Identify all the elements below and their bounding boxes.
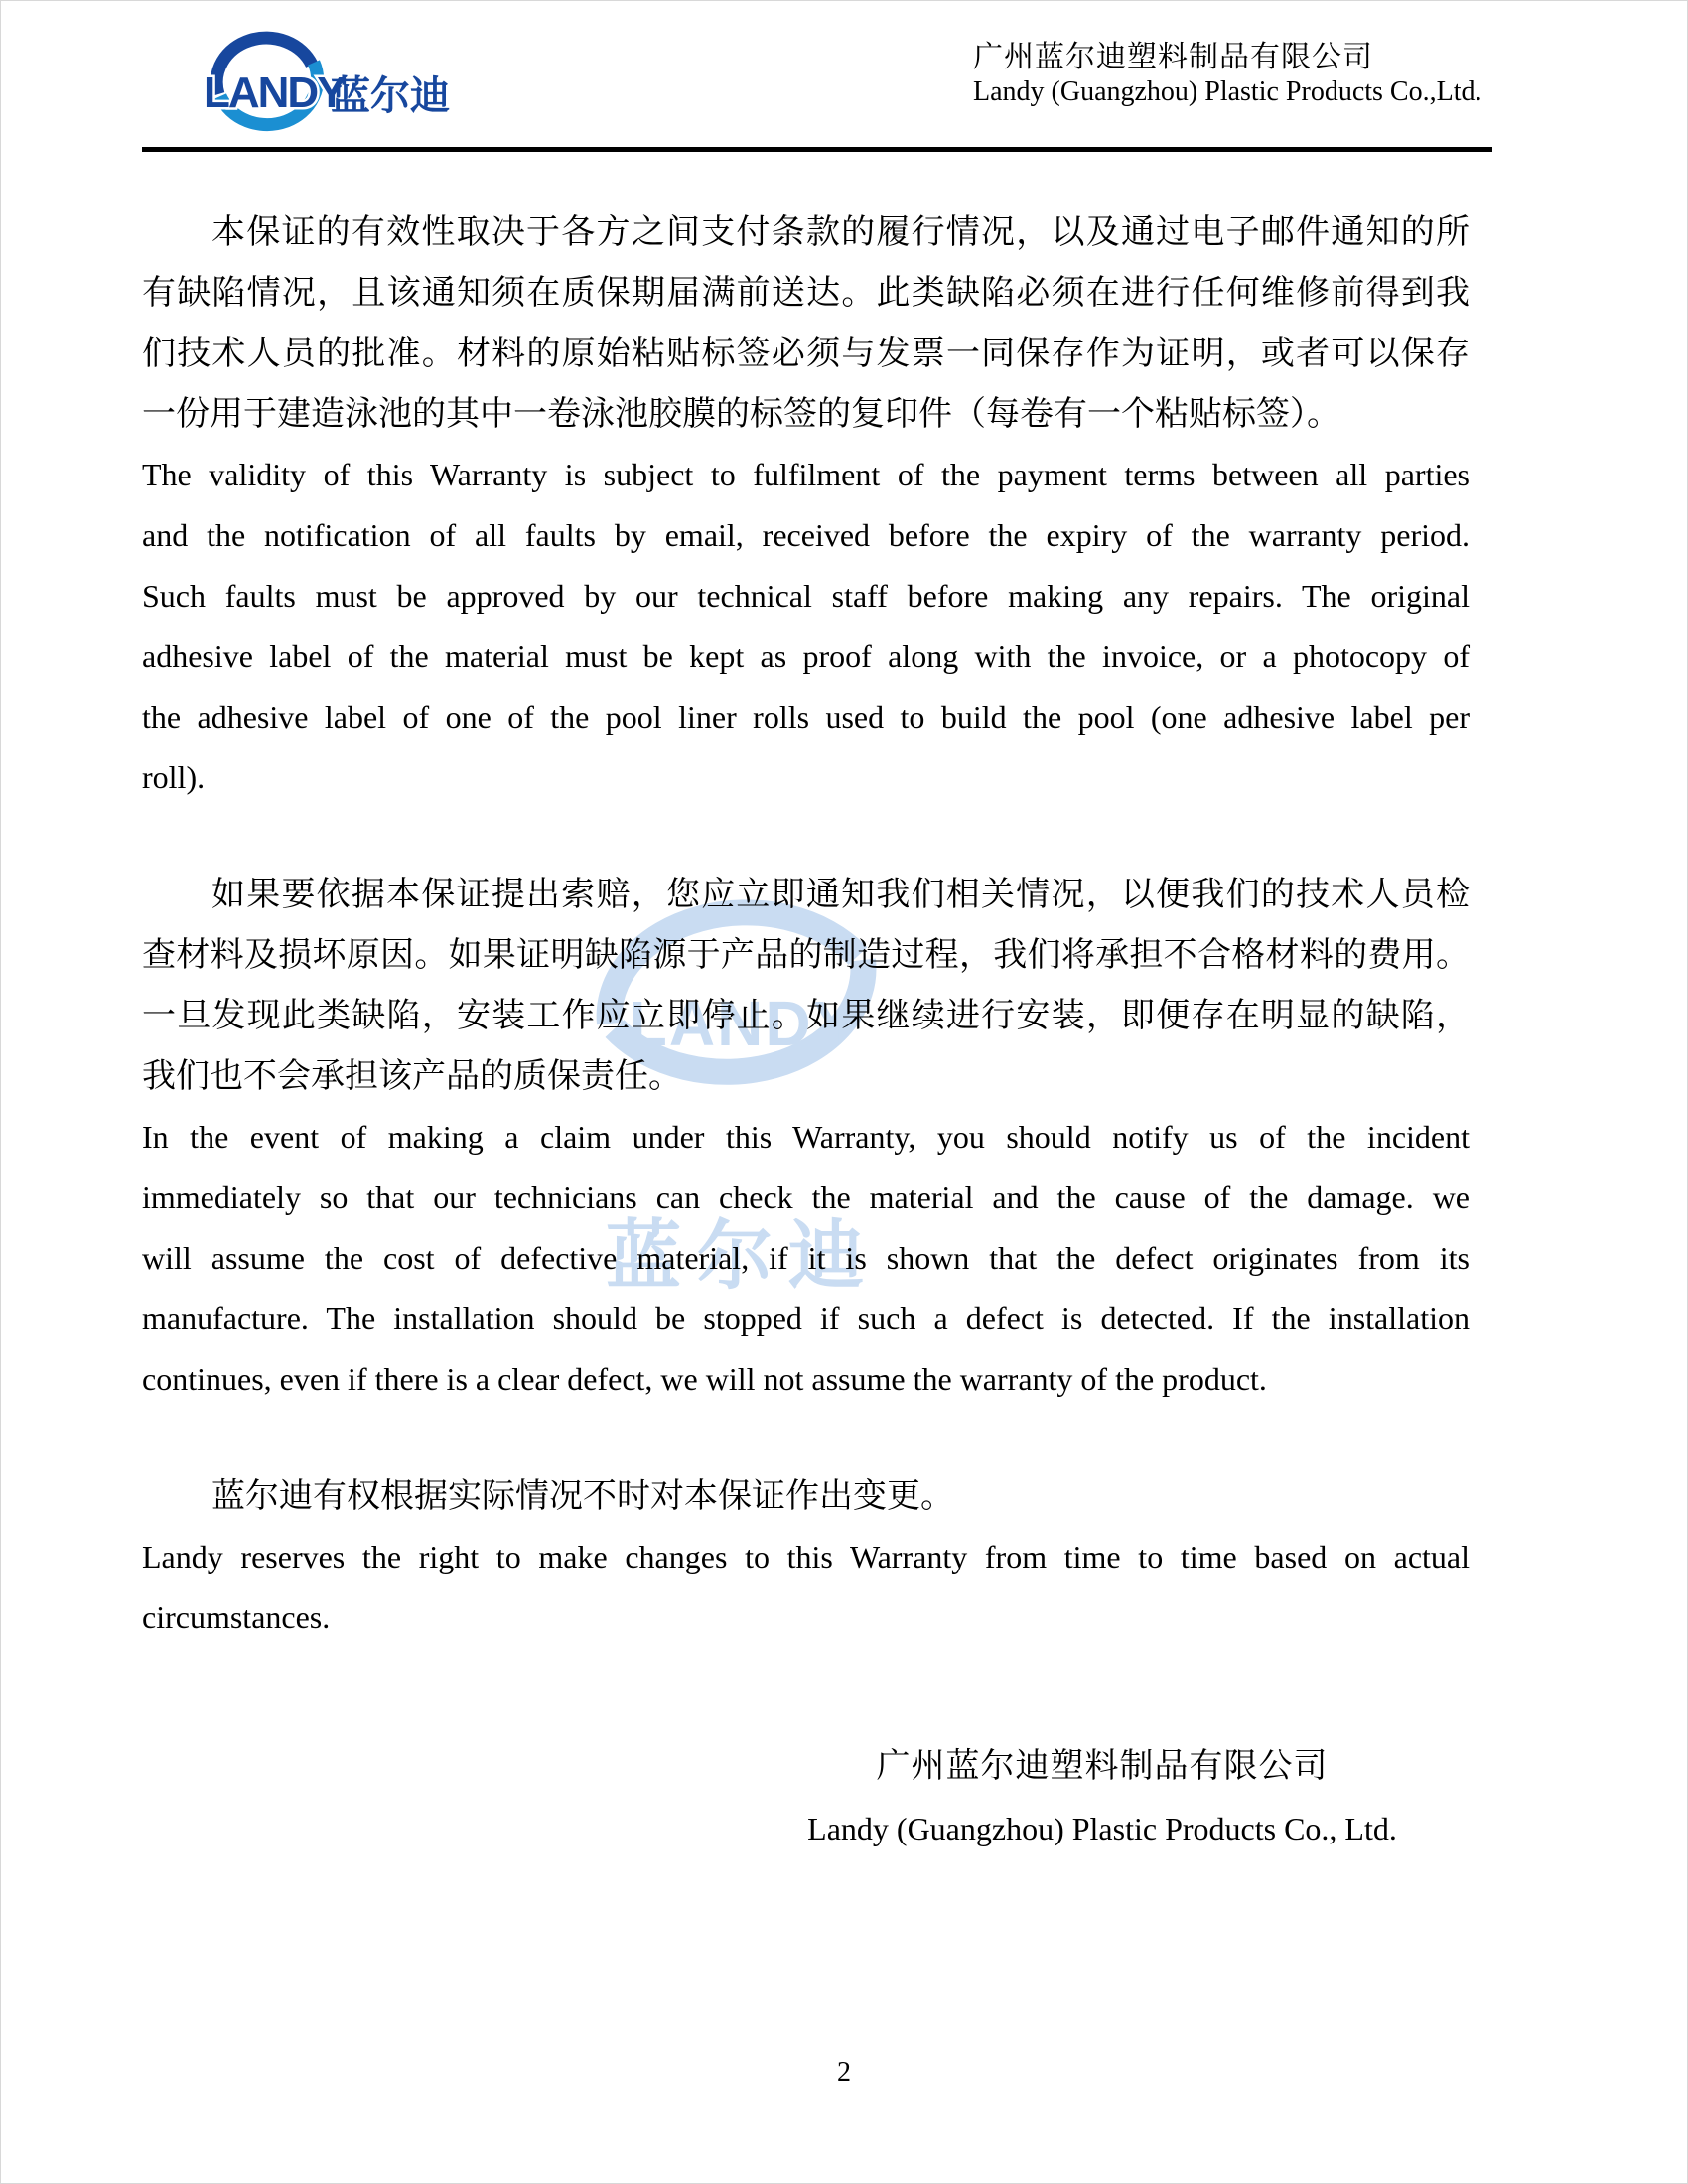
- paragraph-line: roll).: [142, 748, 1470, 808]
- logo-brand-text: LANDY: [204, 68, 346, 117]
- paragraph-line: 们技术人员的批准。材料的原始粘贴标签必须与发票一同保存作为证明，或者可以保存: [142, 324, 1470, 384]
- paragraph-line: and the notification of all faults by em…: [142, 505, 1470, 566]
- paragraph-line: will assume the cost of defective materi…: [142, 1228, 1470, 1289]
- paragraph-line: In the event of making a claim under thi…: [142, 1107, 1470, 1167]
- paragraph-line: Such faults must be approved by our tech…: [142, 566, 1470, 626]
- paragraph-line: 查材料及损坏原因。如果证明缺陷源于产品的制造过程，我们将承担不合格材料的费用。: [142, 925, 1470, 986]
- header-company-name-en: Landy (Guangzhou) Plastic Products Co.,L…: [973, 74, 1481, 109]
- signature-company-en: Landy (Guangzhou) Plastic Products Co., …: [655, 1798, 1549, 1860]
- paragraph-line: 我们也不会承担该产品的质保责任。: [142, 1046, 1470, 1107]
- warranty-clause-block: 本保证的有效性取决于各方之间支付条款的履行情况，以及通过电子邮件通知的所 有缺陷…: [142, 203, 1470, 808]
- warranty-clause-block: 蓝尔迪有权根据实际情况不时对本保证作出变更。 Landy reserves th…: [142, 1466, 1470, 1648]
- header-company-name-cn: 广州蓝尔迪塑料制品有限公司: [973, 40, 1481, 74]
- paragraph-line: 如果要依据本保证提出索赔，您应立即通知我们相关情况，以便我们的技术人员检: [142, 865, 1470, 925]
- signature-company-cn: 广州蓝尔迪塑料制品有限公司: [655, 1735, 1549, 1798]
- paragraph-line: circumstances.: [142, 1587, 1470, 1648]
- paragraph-line: Landy reserves the right to make changes…: [142, 1527, 1470, 1587]
- paragraph-line: 本保证的有效性取决于各方之间支付条款的履行情况，以及通过电子邮件通知的所: [142, 203, 1470, 263]
- header-divider-rule: [142, 147, 1492, 152]
- paragraph-line: the adhesive label of one of the pool li…: [142, 687, 1470, 748]
- paragraph-line: adhesive label of the material must be k…: [142, 626, 1470, 687]
- landy-logo-graphic: LANDY 蓝尔迪: [202, 26, 450, 141]
- signature-block: 广州蓝尔迪塑料制品有限公司 Landy (Guangzhou) Plastic …: [655, 1735, 1549, 1860]
- paragraph-line: The validity of this Warranty is subject…: [142, 445, 1470, 505]
- warranty-document-page: { "header": { "logo": { "brand": "LANDY"…: [0, 0, 1688, 2184]
- paragraph-line: 一份用于建造泳池的其中一卷泳池胶膜的标签的复印件（每卷有一个粘贴标签）。: [142, 384, 1470, 445]
- header-company-block: 广州蓝尔迪塑料制品有限公司 Landy (Guangzhou) Plastic …: [973, 40, 1481, 109]
- logo-brand-cn-text: 蓝尔迪: [331, 74, 450, 118]
- paragraph-line: immediately so that our technicians can …: [142, 1167, 1470, 1228]
- page-number: 2: [0, 2057, 1688, 2089]
- landy-logo-icon: LANDY 蓝尔迪: [202, 26, 450, 141]
- paragraph-line: continues, even if there is a clear defe…: [142, 1349, 1470, 1410]
- warranty-clause-block: 如果要依据本保证提出索赔，您应立即通知我们相关情况，以便我们的技术人员检 查材料…: [142, 865, 1470, 1410]
- paragraph-line: 一旦发现此类缺陷，安装工作应立即停止。如果继续进行安装，即便存在明显的缺陷，: [142, 986, 1470, 1046]
- paragraph-line: 蓝尔迪有权根据实际情况不时对本保证作出变更。: [142, 1466, 1470, 1527]
- paragraph-line: manufacture. The installation should be …: [142, 1289, 1470, 1349]
- paragraph-line: 有缺陷情况，且该通知须在质保期届满前送达。此类缺陷必须在进行任何维修前得到我: [142, 263, 1470, 324]
- warranty-body: 本保证的有效性取决于各方之间支付条款的履行情况，以及通过电子邮件通知的所 有缺陷…: [142, 203, 1470, 1705]
